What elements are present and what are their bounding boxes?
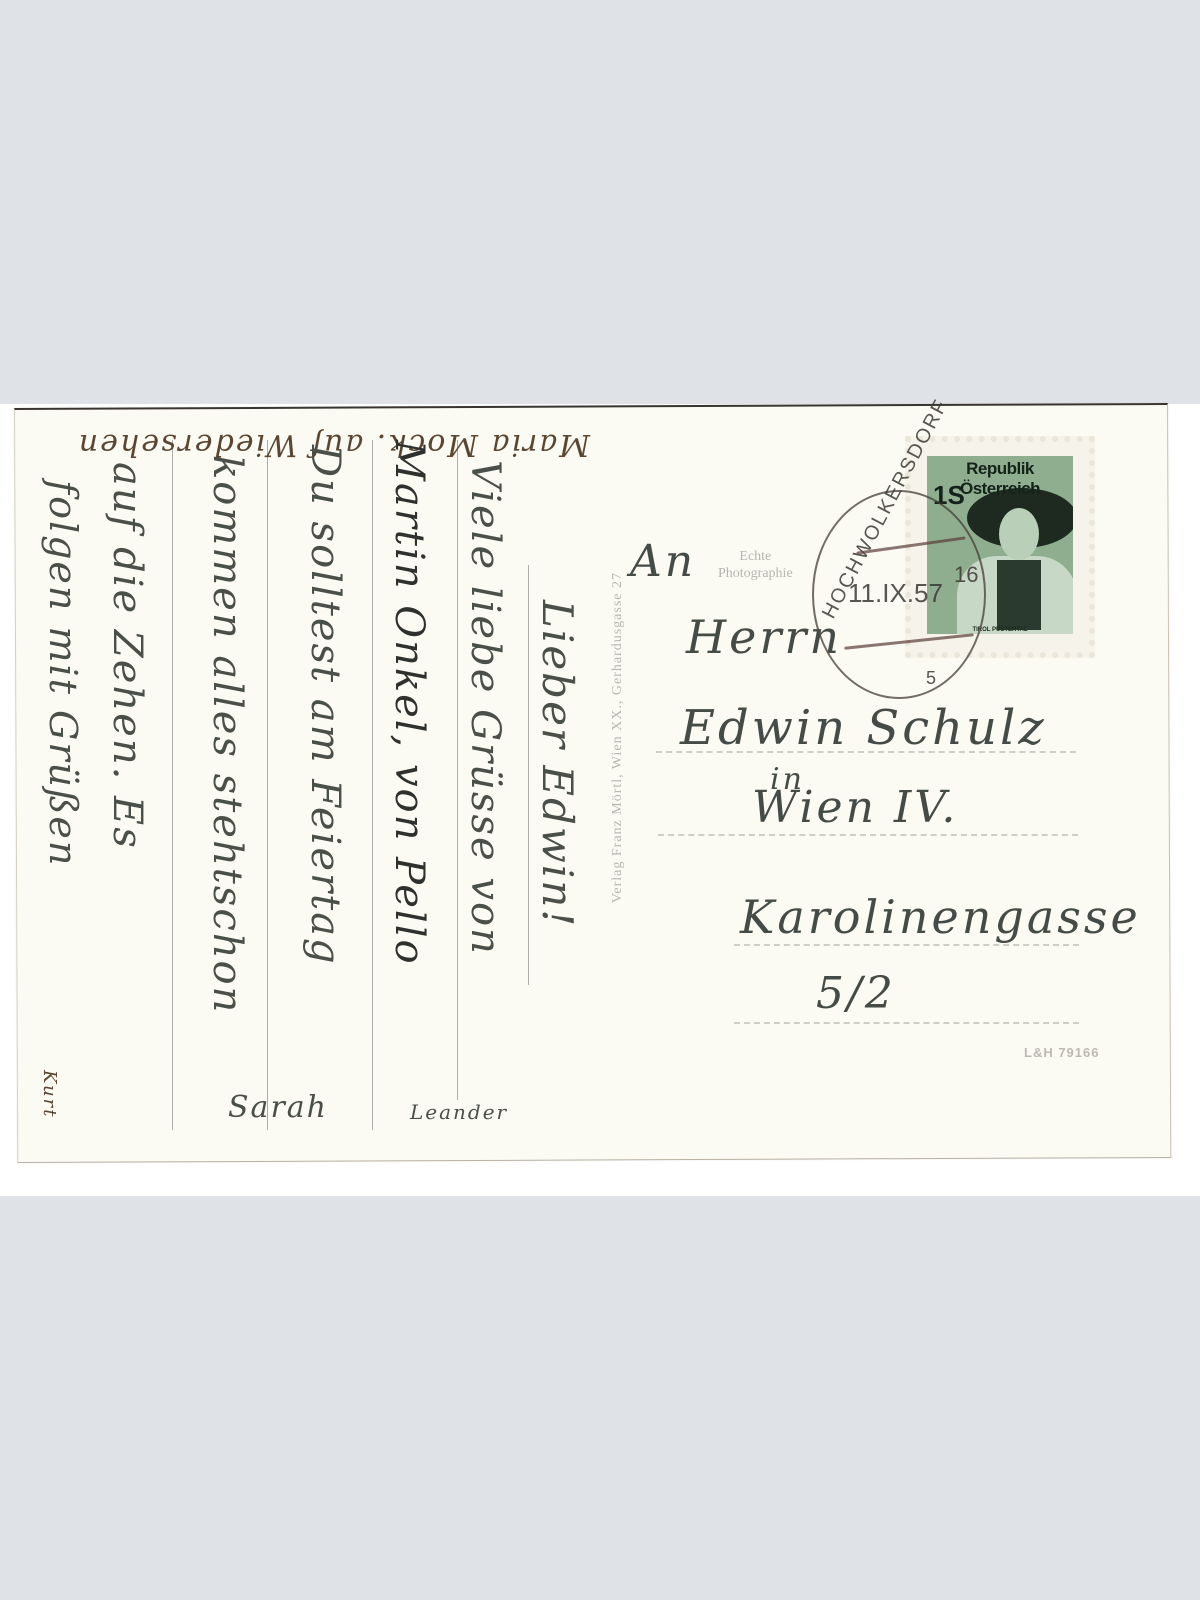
- figure-face: [999, 508, 1039, 560]
- message-line: Martin Onkel, von Pello: [386, 440, 432, 966]
- address-name: Edwin Schulz: [680, 700, 1047, 756]
- message-line: Du solltest am Feiertag: [302, 445, 348, 966]
- publisher-imprint: Verlag Franz Mörtl, Wien XX., Gerhardusg…: [610, 572, 626, 903]
- ruled-line: [172, 440, 173, 1130]
- ruled-line: [372, 440, 373, 1130]
- photo-label-line-2: Photographie: [718, 565, 793, 582]
- address-title: Herrn: [686, 610, 842, 664]
- address-salutation: An: [630, 536, 696, 587]
- ruled-line: [267, 440, 268, 1130]
- address-number: 5/2: [816, 968, 896, 1019]
- address-rule: [734, 1022, 1079, 1024]
- address-city: Wien IV.: [752, 782, 958, 833]
- photo-label: Echte Photographie: [718, 548, 793, 582]
- postmark-code: 5: [926, 668, 936, 689]
- address-rule: [734, 944, 1079, 946]
- message-line: kommen alles stehtschon: [204, 455, 250, 1014]
- catalog-number: L&H 79166: [1024, 1045, 1099, 1060]
- address-street: Karolinengasse: [740, 890, 1141, 944]
- figure-bodice: [997, 560, 1041, 630]
- message-line: folgen mit Grüßen: [41, 480, 85, 867]
- postmark-bar: [844, 633, 974, 650]
- message-line: Viele liebe Grüsse von: [462, 460, 508, 956]
- ruled-line: [457, 440, 458, 1100]
- message-line: auf die Zehen. Es: [104, 462, 150, 850]
- ruled-line: [528, 565, 529, 985]
- postmark: HOCHWOLKERSDORF 11.IX.57 16 5: [812, 490, 986, 699]
- postmark-hour: 16: [954, 562, 978, 588]
- message-greeting: Lieber Edwin!: [533, 600, 582, 928]
- signature-leander: Leander: [410, 1100, 508, 1124]
- signature-sarah: Sarah: [228, 1090, 328, 1125]
- postmark-date: 11.IX.57: [848, 578, 943, 609]
- photo-label-line-1: Echte: [718, 548, 793, 565]
- address-rule: [658, 834, 1078, 836]
- signature-kurt: Kurt: [39, 1070, 60, 1118]
